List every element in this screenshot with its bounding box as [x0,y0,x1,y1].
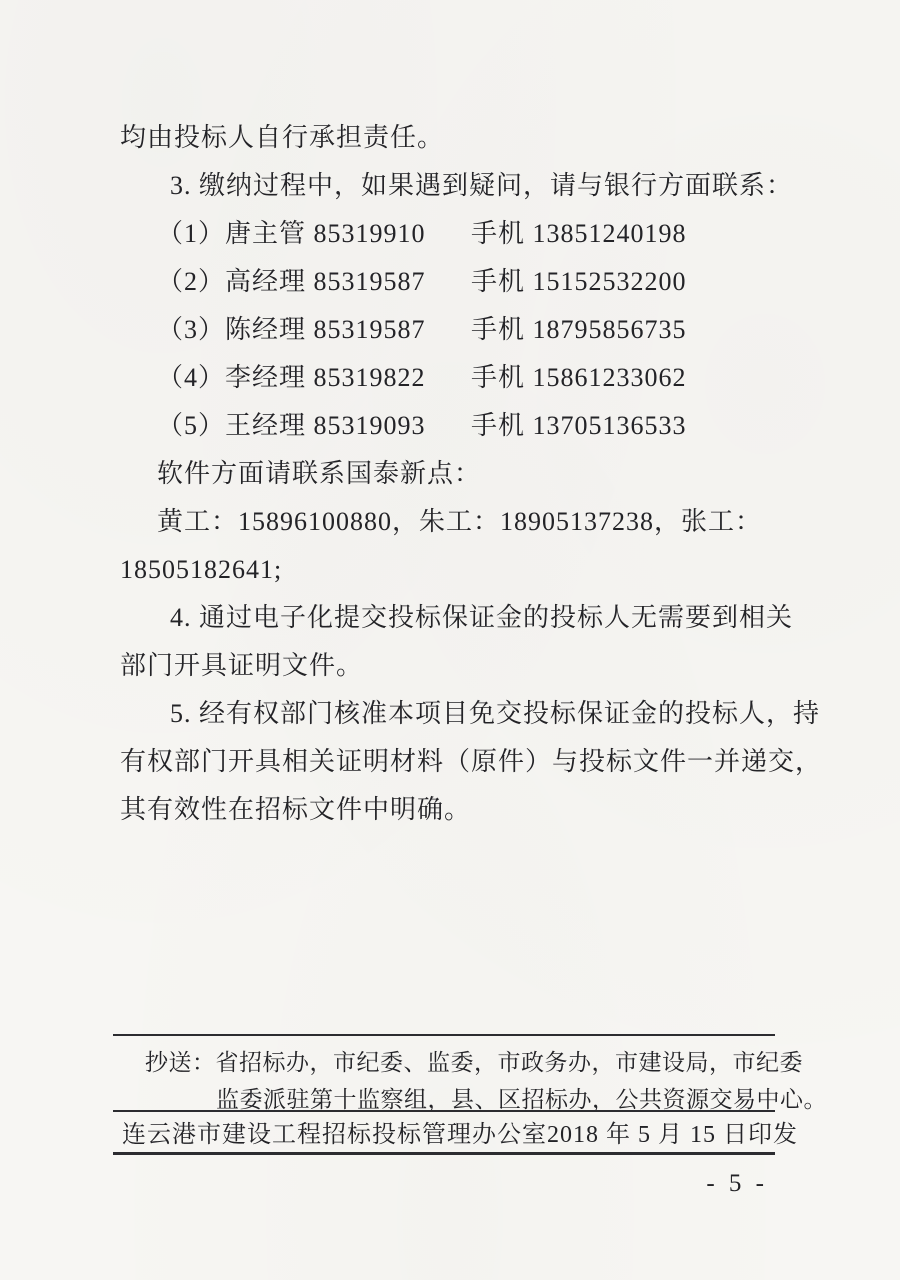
software-engineers-line-1: 黄工：15896100880，朱工：18905137238，张工： [120,498,780,546]
bank-contact-row: （4）李经理 85319822手机 15861233062 [120,354,780,402]
software-engineers-line-2: 18505182641; [120,546,780,594]
contact-name-office: （5）王经理 85319093 [157,402,471,450]
contact-name-office: （4）李经理 85319822 [157,354,471,402]
contact-mobile: 手机 15861233062 [471,363,687,392]
section5-line-2: 有权部门开具相关证明材料（原件）与投标文件一并递交， [120,738,780,786]
scanned-document-page: 均由投标人自行承担责任。 3. 缴纳过程中，如果遇到疑问，请与银行方面联系： （… [0,0,900,1280]
footer-middle-rule [113,1110,775,1112]
print-date: 2018 年 5 月 15 日印发 [547,1118,798,1152]
bank-contact-row: （2）高经理 85319587手机 15152532200 [120,258,780,306]
issuer-row: 连云港市建设工程招标投标管理办公室 2018 年 5 月 15 日印发 [122,1118,762,1152]
footer-top-rule [113,1034,775,1036]
software-contact-intro: 软件方面请联系国泰新点： [120,450,780,498]
document-body: 均由投标人自行承担责任。 3. 缴纳过程中，如果遇到疑问，请与银行方面联系： （… [120,114,780,834]
contact-mobile: 手机 13851240198 [471,219,687,248]
contact-name-office: （1）唐主管 85319910 [157,210,471,258]
footer-bottom-rule [113,1152,775,1155]
contact-name-office: （2）高经理 85319587 [157,258,471,306]
bank-contact-row: （1）唐主管 85319910手机 13851240198 [120,210,780,258]
issuing-office: 连云港市建设工程招标投标管理办公室 [122,1118,547,1152]
section5-line-3: 其有效性在招标文件中明确。 [120,786,780,834]
section4-line-2: 部门开具证明文件。 [120,642,780,690]
bank-contact-row: （3）陈经理 85319587手机 18795856735 [120,306,780,354]
section3-heading: 3. 缴纳过程中，如果遇到疑问，请与银行方面联系： [120,162,780,210]
section5-line-1: 5. 经有权部门核准本项目免交投标保证金的投标人，持 [120,690,780,738]
contact-mobile: 手机 15152532200 [471,267,687,296]
responsibility-line: 均由投标人自行承担责任。 [120,114,780,162]
page-number: - 5 - [706,1170,768,1198]
section4-line-1: 4. 通过电子化提交投标保证金的投标人无需要到相关 [120,594,780,642]
contact-mobile: 手机 18795856735 [471,315,687,344]
contact-mobile: 手机 13705136533 [471,411,687,440]
cc-line-1: 抄送：省招标办，市纪委、监委，市政务办，市建设局，市纪委 [145,1044,785,1081]
cc-line-2: 监委派驻第十监察组，县、区招标办，公共资源交易中心。 [145,1081,785,1118]
cc-block: 抄送：省招标办，市纪委、监委，市政务办，市建设局，市纪委 监委派驻第十监察组，县… [145,1044,785,1118]
bank-contact-row: （5）王经理 85319093手机 13705136533 [120,402,780,450]
contact-name-office: （3）陈经理 85319587 [157,306,471,354]
